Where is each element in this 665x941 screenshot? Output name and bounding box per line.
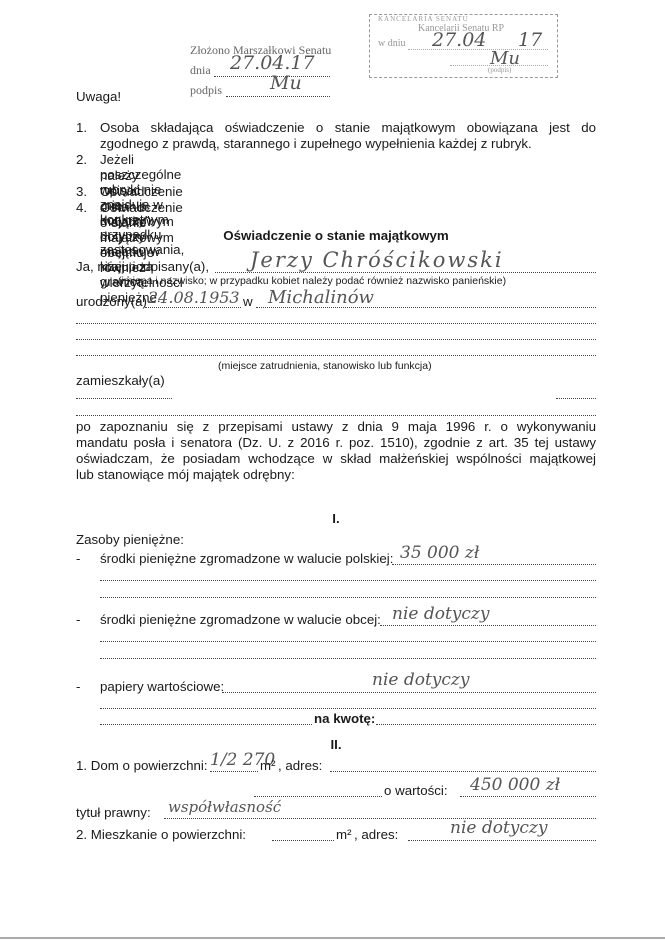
residence-line-2[interactable] (76, 415, 596, 416)
name-caption: (imiona i nazwisko; w przypadku kobiet n… (118, 275, 506, 287)
preamble-line-4: lub stanowiące mój majątek odrębny: (76, 467, 295, 482)
house-value-label: o wartości: (384, 783, 448, 798)
stamp-header: KANCELARIA SENATU (378, 15, 469, 23)
polish-currency-value: 35 000 zł (400, 543, 479, 563)
registry-stamp: KANCELARIA SENATU Kancelarii Senatu RP w… (369, 14, 558, 78)
born-label: urodzony(a) (76, 294, 147, 309)
securities-label: papiery wartościowe: (100, 679, 224, 694)
employment-caption: (miejsce zatrudnienia, stanowisko lub fu… (218, 360, 432, 372)
house-label: 1. Dom o powierzchni: (76, 758, 208, 773)
stamp-signature-caption: (podpis) (488, 66, 511, 74)
amount-label: na kwotę: (314, 711, 375, 726)
polish-currency-line-3[interactable] (100, 597, 596, 598)
house-area-field[interactable] (210, 771, 258, 772)
legal-title-label: tytuł prawny: (76, 805, 151, 820)
amount-field[interactable] (376, 724, 596, 725)
foreign-currency-value: nie dotyczy (392, 604, 489, 624)
foreign-currency-line-2[interactable] (100, 641, 596, 642)
securities-line-2[interactable] (100, 708, 596, 709)
bullet: - (76, 679, 80, 694)
name-label: Ja, niżej podpisany(a), (76, 259, 209, 274)
preamble-line-1: po zapoznaniu się z przepisami ustawy z … (76, 419, 596, 434)
filing-signature: Mu (270, 72, 302, 94)
house-address-label: , adres: (278, 758, 322, 773)
born-place-value: Michalinów (268, 287, 374, 308)
flat-address-label: , adres: (354, 827, 398, 842)
flat-unit: m² (336, 827, 352, 842)
stamp-date-label: w dniu (378, 38, 406, 49)
filing-date-label: dnia (190, 63, 211, 78)
house-value-field[interactable] (460, 796, 596, 797)
foreign-currency-line-3[interactable] (100, 658, 596, 659)
name-field[interactable] (215, 272, 596, 273)
born-date-field[interactable] (145, 307, 241, 308)
section-1-title: Zasoby pieniężne: (76, 532, 184, 547)
house-value: 450 000 zł (470, 775, 560, 795)
house-address-line-2[interactable] (254, 796, 382, 797)
notice-title: Uwaga! (76, 89, 121, 104)
employment-line-1[interactable] (76, 323, 596, 324)
flat-label: 2. Mieszkanie o powierzchni: (76, 827, 246, 842)
employment-line-3[interactable] (76, 355, 596, 356)
preamble-line-3: oświadczam, że posiadam wchodzące w skła… (76, 451, 596, 466)
employment-line-2[interactable] (76, 339, 596, 340)
page-edge (0, 937, 665, 939)
filing-signature-label: podpis (190, 83, 222, 98)
legal-title-value: współwłasność (168, 798, 281, 816)
securities-value: nie dotyczy (372, 670, 469, 690)
securities-line-3[interactable] (100, 724, 312, 725)
foreign-currency-field[interactable] (380, 625, 596, 626)
bullet: - (76, 551, 80, 566)
declaration-title: Oświadczenie o stanie majątkowym (76, 228, 596, 243)
flat-address-field[interactable] (408, 840, 596, 841)
section-2-heading: II. (76, 737, 596, 752)
born-date-value: 24.08.1953 (148, 288, 240, 307)
residence-line-1b[interactable] (556, 398, 596, 399)
foreign-currency-label: środki pieniężne zgromadzone w walucie o… (100, 612, 381, 627)
section-1-heading: I. (76, 511, 596, 526)
securities-field[interactable] (222, 692, 596, 693)
flat-address-value: nie dotyczy (450, 818, 547, 838)
stamp-year-value: 17 (518, 29, 542, 51)
name-value: Jerzy Chróścikowski (250, 248, 504, 272)
preamble-line-2: mandatu posła i senatora (Dz. U. z 2016 … (76, 435, 596, 450)
born-in-label: w (243, 294, 253, 309)
polish-currency-field[interactable] (392, 564, 596, 565)
flat-area-field[interactable] (272, 840, 334, 841)
house-unit: m² (260, 758, 276, 773)
residence-label: zamieszkały(a) (76, 373, 165, 388)
residence-line-1a[interactable] (76, 398, 172, 399)
house-address-field[interactable] (330, 771, 596, 772)
polish-currency-line-2[interactable] (100, 580, 596, 581)
bullet: - (76, 612, 80, 627)
polish-currency-label: środki pieniężne zgromadzone w walucie p… (100, 551, 393, 566)
filing-date-value: 27.04.17 (230, 52, 315, 74)
stamp-date-value: 27.04 (432, 29, 486, 51)
